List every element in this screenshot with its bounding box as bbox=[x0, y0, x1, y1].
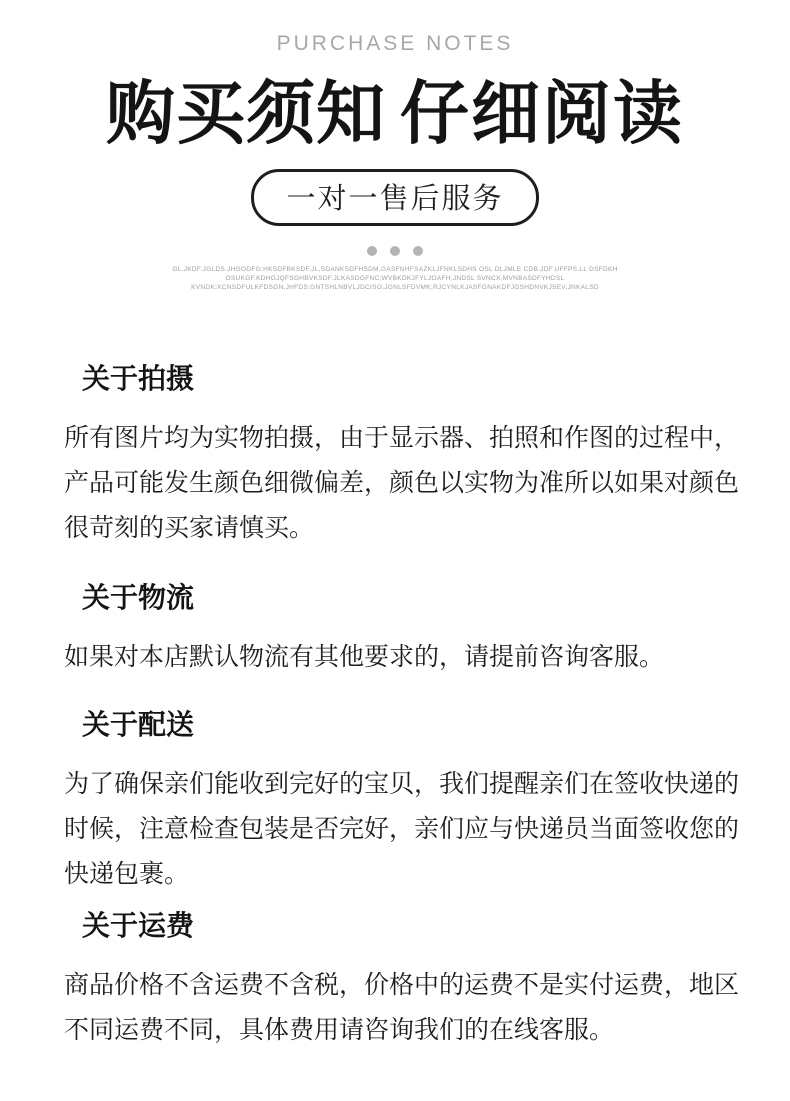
page-title: 购买须知仔细阅读 bbox=[0, 74, 790, 153]
eyebrow-text: PURCHASE NOTES bbox=[0, 32, 790, 56]
page-title-right: 仔细阅读 bbox=[400, 75, 684, 152]
decorative-fineprint: GL.JKDF.JGLDS.JHGODFG;HKSDFBKSDF.JL,SDAN… bbox=[0, 265, 790, 292]
separator-dot bbox=[390, 246, 400, 256]
separator-dot bbox=[367, 246, 377, 256]
section-delivery: 关于配送 为了确保亲们能收到完好的宝贝，我们提醒亲们在签收快递的 时候，注意检查… bbox=[0, 708, 790, 897]
section-heading-freight: 关于运费 bbox=[82, 909, 790, 943]
section-heading-delivery: 关于配送 bbox=[82, 708, 790, 742]
section-body-delivery: 为了确保亲们能收到完好的宝贝，我们提醒亲们在签收快递的 时候，注意检查包装是否完… bbox=[64, 762, 760, 897]
separator-dots bbox=[0, 246, 790, 256]
section-logistics: 关于物流 如果对本店默认物流有其他要求的，请提前咨询客服。 bbox=[0, 581, 790, 680]
section-freight: 关于运费 商品价格不含运费不含税，价格中的运费不是实付运费，地区 不同运费不同，… bbox=[0, 909, 790, 1053]
section-body-photography: 所有图片均为实物拍摄，由于显示器、拍照和作图的过程中， 产品可能发生颜色细微偏差… bbox=[64, 416, 760, 551]
section-heading-logistics: 关于物流 bbox=[82, 581, 790, 615]
page-title-left: 购买须知 bbox=[106, 75, 386, 152]
separator-dot bbox=[413, 246, 423, 256]
section-heading-photography: 关于拍摄 bbox=[82, 362, 790, 396]
after-sales-badge: 一对一售后服务 bbox=[251, 169, 538, 226]
purchase-notes-page: PURCHASE NOTES 购买须知仔细阅读 一对一售后服务 GL.JKDF.… bbox=[0, 0, 790, 1101]
section-body-freight: 商品价格不含运费不含税，价格中的运费不是实付运费，地区 不同运费不同，具体费用请… bbox=[64, 963, 760, 1053]
section-body-logistics: 如果对本店默认物流有其他要求的，请提前咨询客服。 bbox=[64, 635, 760, 680]
section-photography: 关于拍摄 所有图片均为实物拍摄，由于显示器、拍照和作图的过程中， 产品可能发生颜… bbox=[0, 362, 790, 551]
